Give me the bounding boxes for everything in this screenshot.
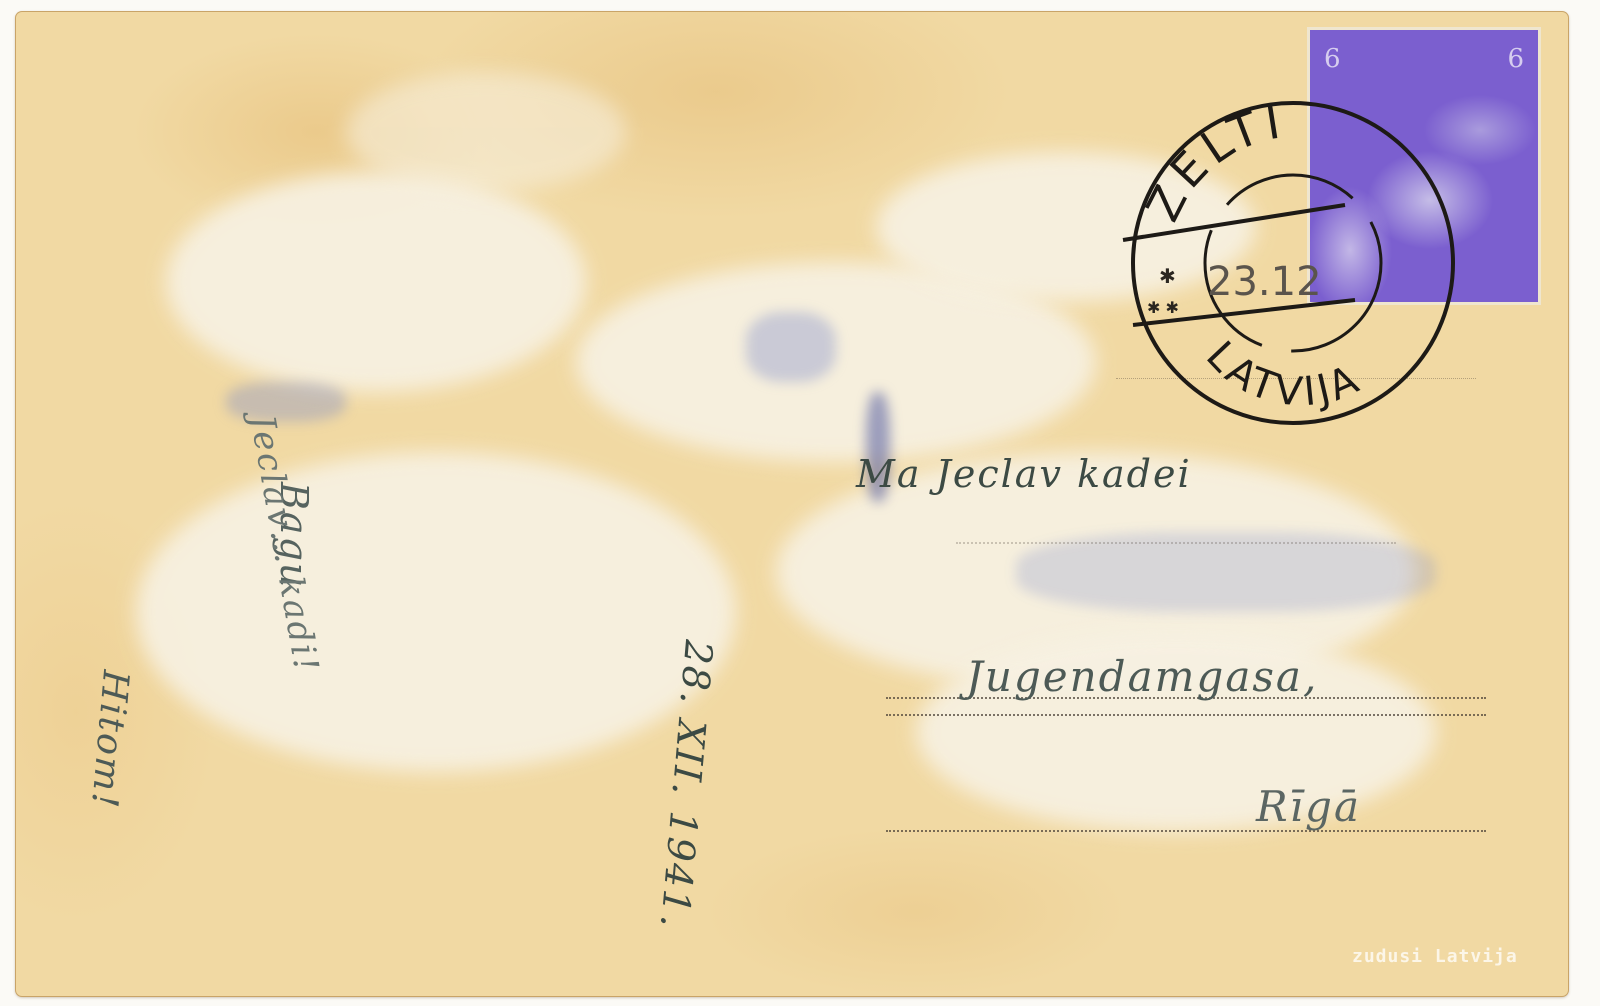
postmark-town: ZELTI [1135,95,1289,229]
svg-text:LATVIJA: LATVIJA [1197,333,1368,416]
address-rule [886,830,1486,832]
address-line-2: Jugendamgasa, [966,652,1318,701]
ink-smudge [226,382,346,422]
ink-smudge [1016,532,1436,612]
stamp-denomination-right: 6 [1507,44,1524,74]
postmark-date: 23.12 [1207,259,1322,305]
paper-stain [136,452,736,772]
svg-text:✱ ✱: ✱ ✱ [1147,298,1179,317]
postmark: ✱ ✱ ✱ 23.12 ZELTI LATVIJA [1115,95,1465,425]
postmark-country: LATVIJA [1197,333,1368,416]
ink-smudge [746,312,836,382]
stamp-denomination-left: 6 [1324,44,1341,74]
address-rule [956,542,1396,544]
address-line-1: Ma Jeclav kadei [856,452,1192,496]
message-line-3: Hitom! [83,668,136,811]
svg-text:✱: ✱ [1159,264,1176,288]
paper-stain [166,172,586,392]
watermark: zudusi Latvija [1352,946,1518,967]
address-line-3: Rīgā [1256,782,1361,831]
paper-stain [346,72,626,192]
svg-text:ZELTI: ZELTI [1135,95,1289,229]
postcard-back: 6 6 ✱ ✱ ✱ 23.12 ZELTI LATVIJA Ma Jeclav … [16,12,1568,996]
address-rule [886,714,1486,716]
